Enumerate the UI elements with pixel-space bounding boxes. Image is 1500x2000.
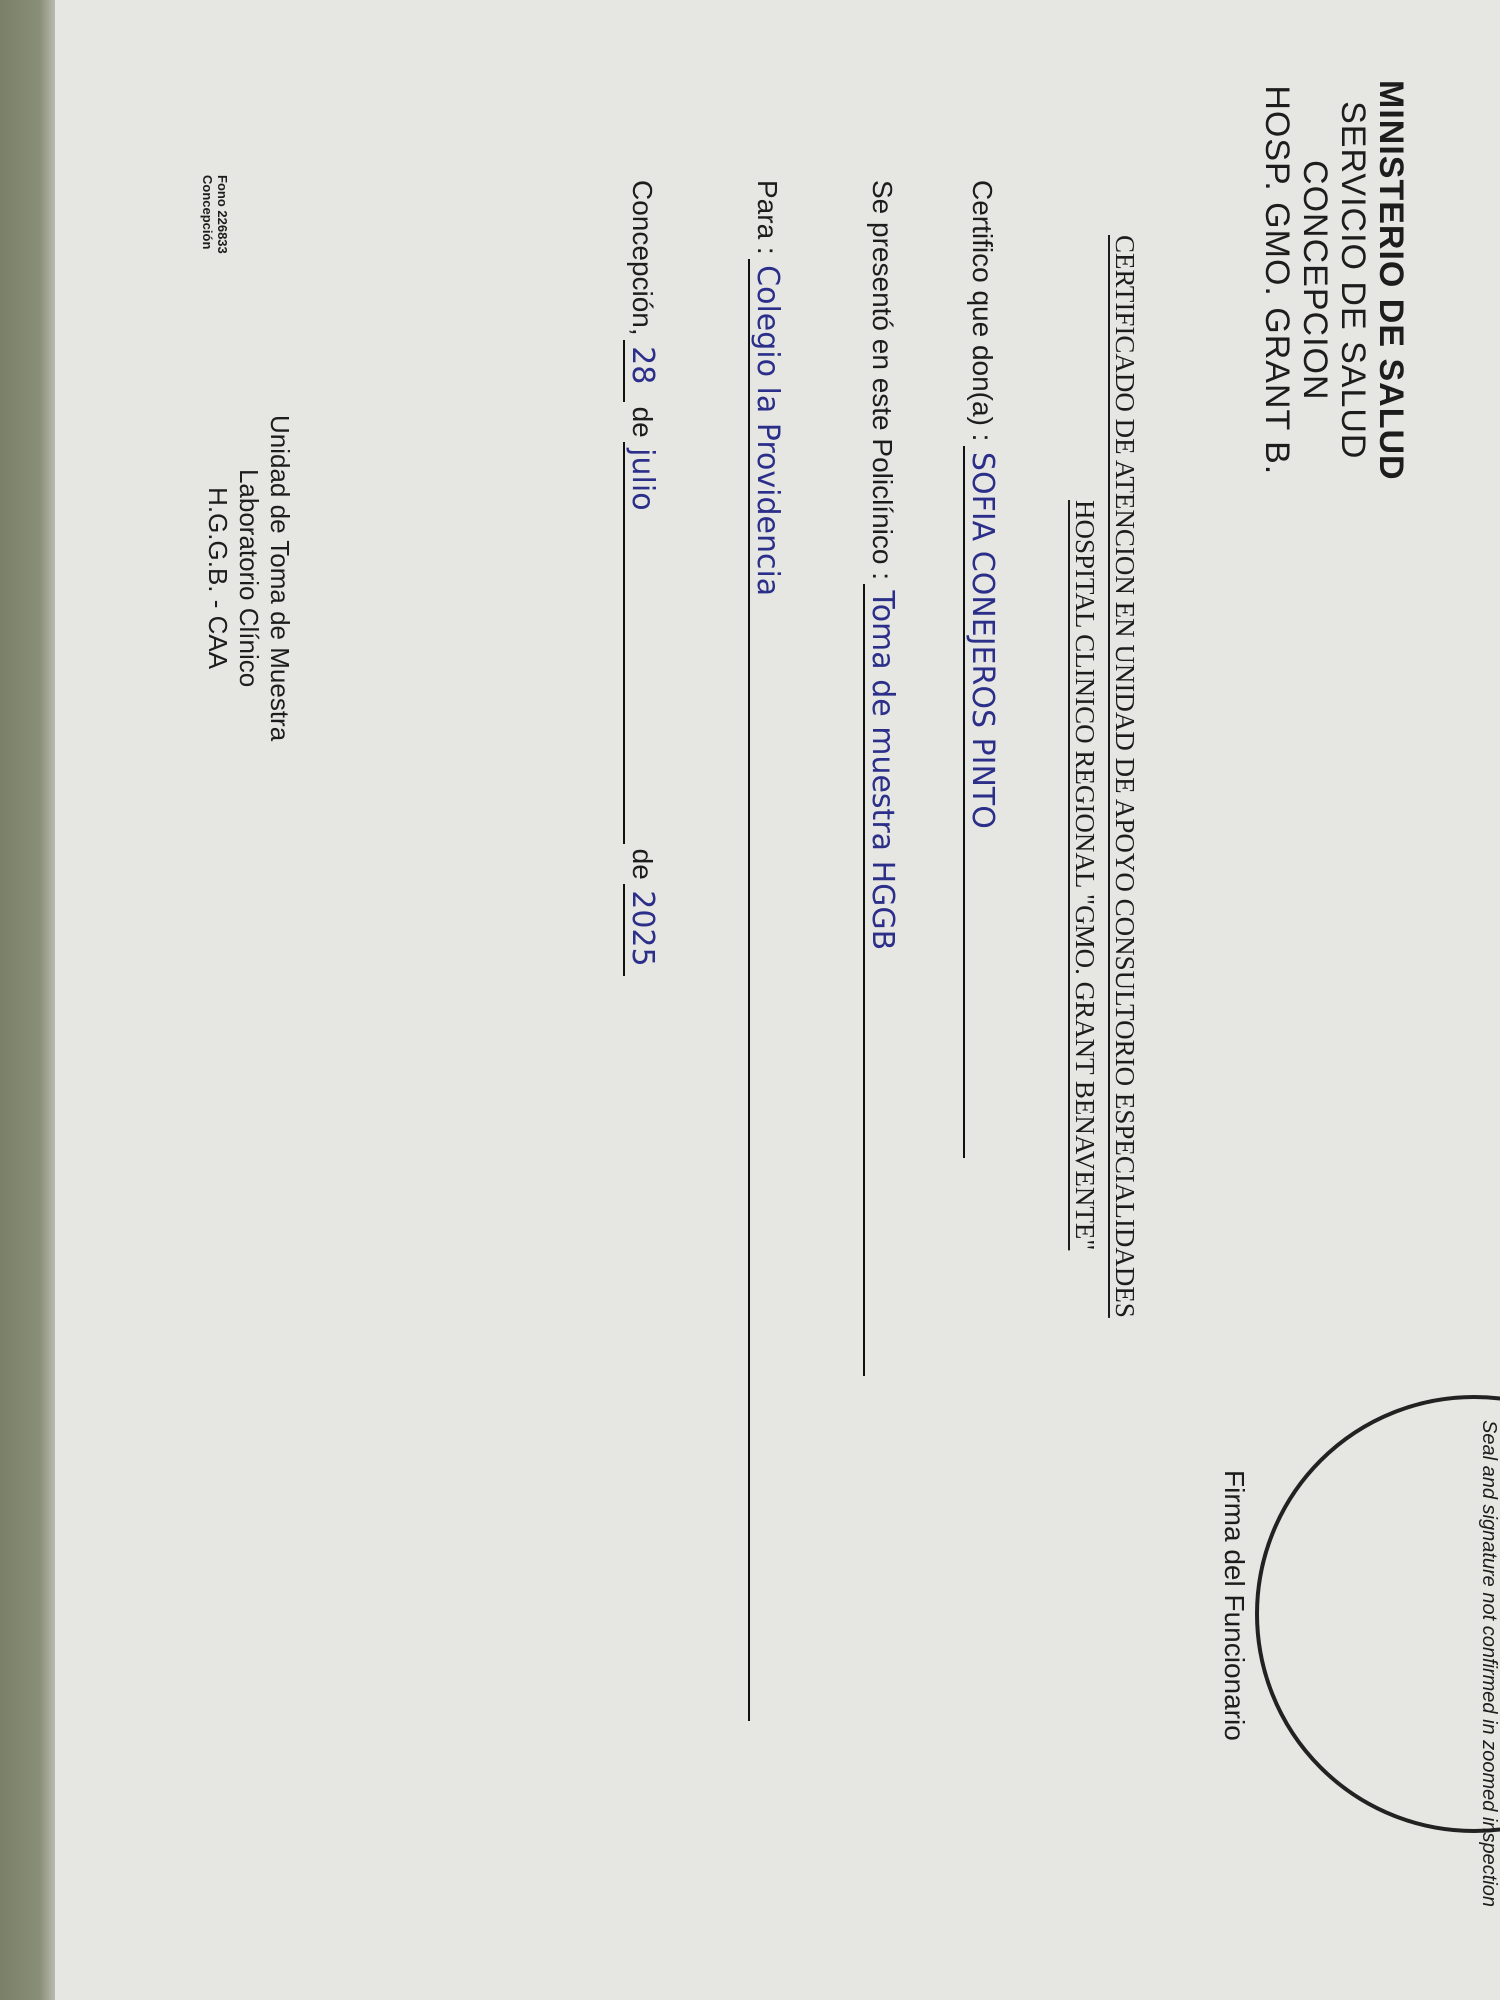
hospital-title: HOSPITAL CLINICO REGIONAL "GMO. GRANT BE… bbox=[1069, 500, 1100, 1250]
ministry-header: MINISTERIO DE SALUD SERVICIO DE SALUD CO… bbox=[1258, 80, 1410, 481]
header-line-4: HOSP. GMO. GRANT B. bbox=[1258, 80, 1296, 481]
month-field[interactable]: julio bbox=[623, 442, 660, 844]
date-line: Concepción, 28 de julio de 2025 bbox=[623, 180, 660, 976]
certifico-label: Certifico que don(a) : bbox=[967, 180, 998, 441]
stamp-verification-note: Seal and signature not confirmed in zoom… bbox=[1477, 1420, 1500, 1907]
footer-line-2: Laboratorio Clínico bbox=[233, 415, 264, 741]
phone-note: Fono 226833 Concepción bbox=[200, 175, 230, 254]
header-line-3: CONCEPCION bbox=[1296, 80, 1334, 481]
phone-label: Fono 226833 bbox=[215, 175, 230, 254]
de-label-1: de bbox=[627, 407, 658, 438]
presento-line: Se presentó en este Policlínico : Toma d… bbox=[863, 180, 900, 1376]
city-label: Concepción, bbox=[627, 180, 658, 336]
header-line-2: SERVICIO DE SALUD bbox=[1334, 80, 1372, 481]
patient-name-field[interactable]: SOFIA CONEJEROS PINTO bbox=[963, 446, 1000, 1158]
phone-city: Concepción bbox=[200, 175, 215, 254]
recipient-field[interactable]: Colegio la Providencia bbox=[748, 259, 785, 1721]
certifico-line: Certifico que don(a) : SOFIA CONEJEROS P… bbox=[963, 180, 1000, 1158]
header-line-1: MINISTERIO DE SALUD bbox=[1372, 80, 1410, 481]
service-field[interactable]: Toma de muestra HGGB bbox=[863, 584, 900, 1376]
de-label-2: de bbox=[627, 849, 658, 880]
day-field[interactable]: 28 bbox=[623, 340, 660, 402]
footer-block: Unidad de Toma de Muestra Laboratorio Cl… bbox=[202, 415, 295, 741]
para-label: Para : bbox=[752, 180, 783, 255]
footer-line-3: H.G.G.B. - CAA bbox=[202, 415, 233, 741]
presento-label: Se presentó en este Policlínico : bbox=[867, 180, 898, 580]
footer-line-1: Unidad de Toma de Muestra bbox=[264, 415, 295, 741]
certificate-title: CERTIFICADO DE ATENCION EN UNIDAD DE APO… bbox=[1109, 235, 1140, 1318]
year-field[interactable]: 2025 bbox=[623, 884, 660, 976]
para-line: Para : Colegio la Providencia bbox=[748, 180, 785, 1721]
signature-label: Firma del Funcionario bbox=[1218, 1470, 1250, 1741]
